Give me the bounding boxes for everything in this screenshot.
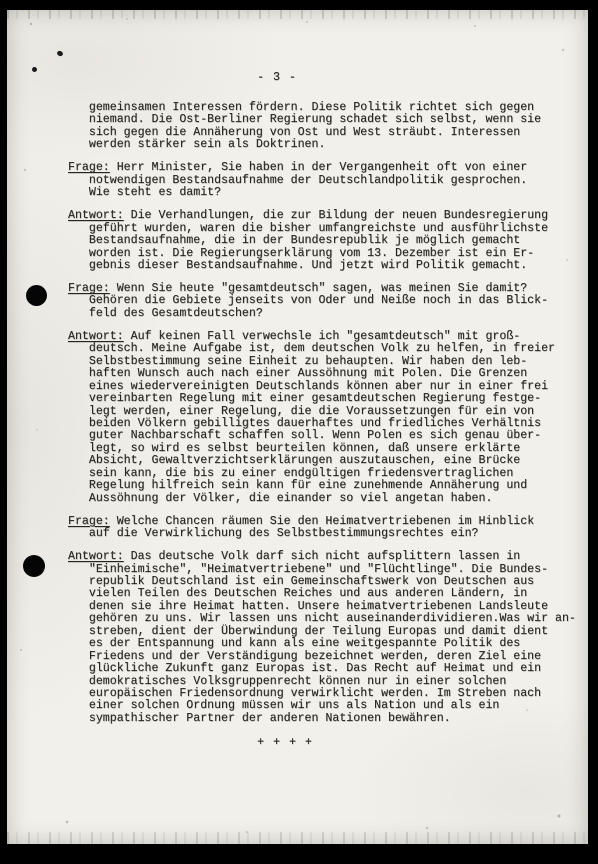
question-2: Frage: Wenn Sie heute "gesamtdeutsch" sa… <box>68 283 580 320</box>
continued-answer: gemeinsamen Interessen fördern. Diese Po… <box>68 102 580 152</box>
paragraph-text: Wenn Sie heute "gesamtdeutsch" sagen, wa… <box>68 282 548 320</box>
paragraph-label: Frage: <box>68 282 110 295</box>
punch-hole <box>23 555 45 577</box>
answer-2: Antwort: Auf keinen Fall verwechsle ich … <box>68 331 580 505</box>
paragraph-label: Frage: <box>68 515 110 528</box>
paragraph-text: Welche Chancen räumen Sie den Heimatvert… <box>68 515 534 540</box>
paragraph-label: Frage: <box>68 161 110 174</box>
scan-noise-top <box>7 10 588 19</box>
scan-background: - 3 - gemeinsamen Interessen fördern. Di… <box>0 0 598 864</box>
paragraph-text: gemeinsamen Interessen fördern. Diese Po… <box>68 101 541 151</box>
question-1: Frage: Herr Minister, Sie haben in der V… <box>68 162 580 199</box>
paragraph-text: Das deutsche Volk darf sich nicht aufspl… <box>68 550 576 725</box>
scan-noise-bottom <box>7 832 588 844</box>
paragraph-text: Auf keinen Fall verwechsle ich "gesamtde… <box>68 330 555 505</box>
document-page: - 3 - gemeinsamen Interessen fördern. Di… <box>7 10 588 844</box>
paragraphs: gemeinsamen Interessen fördern. Diese Po… <box>68 102 580 725</box>
ink-speck <box>56 50 64 57</box>
answer-3: Antwort: Das deutsche Volk darf sich nic… <box>68 551 580 725</box>
paragraph-text: Herr Minister, Sie haben in der Vergange… <box>68 161 527 199</box>
paragraph-label: Antwort: <box>68 550 124 563</box>
page-number: - 3 - <box>7 71 547 84</box>
punch-hole <box>26 285 47 306</box>
paragraph-label: Antwort: <box>68 209 124 222</box>
question-3: Frage: Welche Chancen räumen Sie den Hei… <box>68 516 580 541</box>
paragraph-label: Antwort: <box>68 330 124 343</box>
answer-1: Antwort: Die Verhandlungen, die zur Bild… <box>68 210 580 272</box>
text-block: gemeinsamen Interessen fördern. Diese Po… <box>68 102 580 750</box>
paragraph-text: Die Verhandlungen, die zur Bildung der n… <box>68 209 548 272</box>
footer-mark: + + + + <box>68 737 502 749</box>
